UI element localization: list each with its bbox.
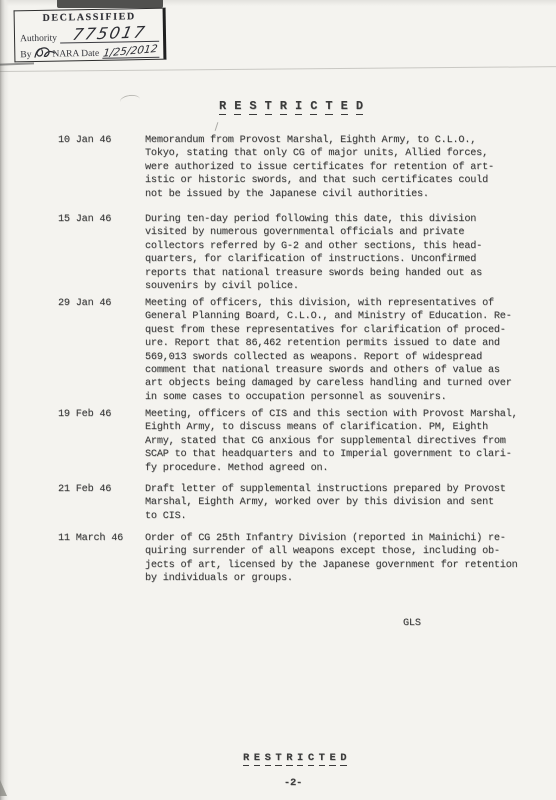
scan-artifact-top-tab xyxy=(57,0,163,8)
entry-text: Meeting of officers, this division, with… xyxy=(145,297,550,404)
stamp-authority-row: Authority 775017 xyxy=(20,22,159,44)
entry-text: During ten-day period following this dat… xyxy=(145,213,550,293)
page-number: -2- xyxy=(15,777,556,790)
stamp-by-row: By NARA Date 1/25/2012 xyxy=(20,43,159,60)
entry-date: 10 Jan 46 xyxy=(58,134,111,147)
scan-artifact-slash-mark xyxy=(215,122,219,131)
entry-text: Draft letter of supplemental instruction… xyxy=(145,483,550,523)
stamp-authority-line: 775017 xyxy=(60,25,159,44)
author-initials: GLS xyxy=(403,617,421,630)
stamp-by-label: By xyxy=(20,50,31,60)
classification-heading-top: RESTRICTED xyxy=(17,99,556,113)
entry-date: 19 Feb 46 xyxy=(58,408,111,421)
stamp-authority-value: 775017 xyxy=(71,24,148,43)
scan-artifact-crease-line xyxy=(0,66,556,72)
scanned-document-page: DECLASSIFIED Authority 775017 By NARA Da… xyxy=(0,0,556,800)
entry-date: 11 March 46 xyxy=(58,532,123,545)
entry-text: Meeting, officers of CIS and this sectio… xyxy=(145,408,550,475)
entry-text: Order of CG 25th Infantry Division (repo… xyxy=(145,532,550,586)
entry-text: Memorandum from Provost Marshal, Eighth … xyxy=(145,134,550,201)
stamp-authority-label: Authority xyxy=(20,34,57,45)
entry-date: 29 Jan 46 xyxy=(58,297,111,310)
scan-artifact-dash xyxy=(0,62,34,65)
scan-artifact-corner-wedge xyxy=(0,780,7,796)
entry-date: 21 Feb 46 xyxy=(58,483,111,496)
declassified-stamp: DECLASSIFIED Authority 775017 By NARA Da… xyxy=(14,8,167,63)
stamp-date-value: 1/25/2012 xyxy=(103,44,159,60)
stamp-date-line: 1/25/2012 xyxy=(102,46,159,59)
entry-date: 15 Jan 46 xyxy=(58,213,111,226)
stamp-nara-label: NARA Date xyxy=(52,49,99,60)
classification-heading-bottom: RESTRICTED xyxy=(19,752,556,764)
